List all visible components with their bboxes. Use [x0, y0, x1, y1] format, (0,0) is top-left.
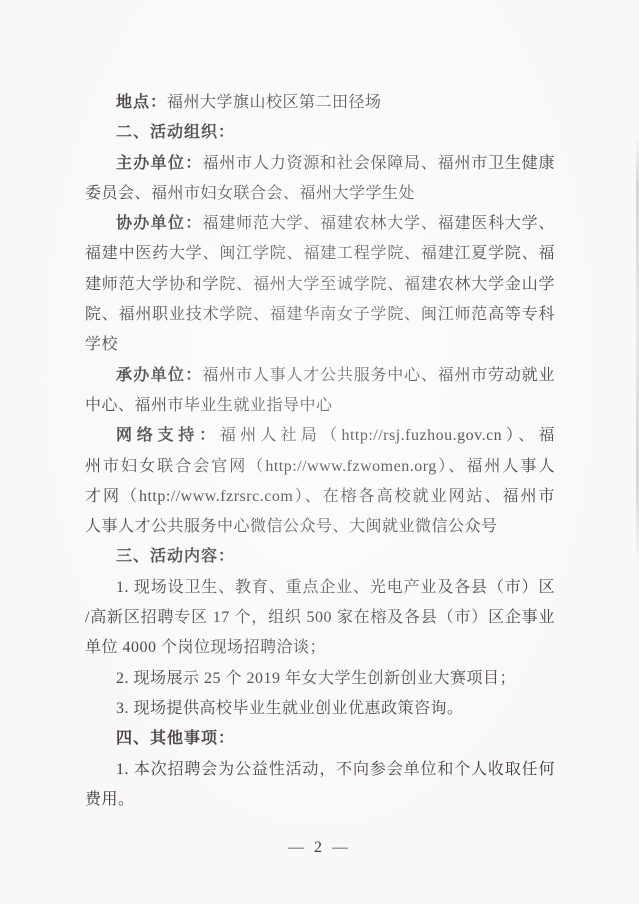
text-line: 网络支持：福州人社局（http://rsj.fuzhou.gov.cn）、福 [85, 421, 555, 451]
text-line: 1. 现场设卫生、教育、重点企业、光电产业及各县（市）区 [85, 573, 555, 603]
line-label: 四、其他事项： [116, 730, 235, 747]
text-line: 2. 现场展示 25 个 2019 年女大学生创新创业大赛项目； [85, 664, 555, 694]
line-label: 二、活动组织： [116, 124, 235, 141]
text-line: 三、活动内容： [85, 542, 555, 572]
text-line: 州市妇女联合会官网（http://www.fzwomen.org）、福州人事人 [85, 452, 555, 482]
text-line: 承办单位：福州市人事人才公共服务中心、福州市劳动就业 [85, 361, 555, 391]
text-line: 二、活动组织： [85, 118, 555, 148]
text-line: 福建中医药大学、闽江学院、福建工程学院、福建江夏学院、福 [85, 239, 555, 269]
text-line: 单位 4000 个岗位现场招聘洽谈； [85, 633, 555, 663]
text-line: 人事人才公共服务中心微信公众号、大闽就业微信公众号 [85, 512, 555, 542]
document-text: 地点：福州大学旗山校区第二田径场二、活动组织：主办单位：福州市人力资源和社会保障… [85, 88, 555, 815]
text-line: 中心、福州市毕业生就业指导中心 [85, 391, 555, 421]
line-label: 三、活动内容： [116, 548, 235, 565]
page-number: — 2 — [0, 839, 639, 857]
text-line: 主办单位：福州市人力资源和社会保障局、福州市卫生健康 [85, 149, 555, 179]
line-label: 网络支持： [116, 427, 220, 444]
text-line: 院、福州职业技术学院、福建华南女子学院、闽江师范高等专科 [85, 300, 555, 330]
line-label: 主办单位： [116, 155, 203, 172]
line-label: 地点： [116, 94, 167, 111]
document-page: 地点：福州大学旗山校区第二田径场二、活动组织：主办单位：福州市人力资源和社会保障… [0, 0, 639, 904]
text-line: 1. 本次招聘会为公益性活动，不向参会单位和个人收取任何 [85, 755, 555, 785]
text-line: 3. 现场提供高校毕业生就业创业优惠政策咨询。 [85, 694, 555, 724]
text-line: 协办单位：福建师范大学、福建农林大学、福建医科大学、 [85, 209, 555, 239]
text-line: 建师范大学协和学院、福州大学至诚学院、福建农林大学金山学 [85, 270, 555, 300]
text-line: 委员会、福州市妇女联合会、福州大学学生处 [85, 179, 555, 209]
text-line: 费用。 [85, 785, 555, 815]
text-line: 四、其他事项： [85, 724, 555, 754]
text-line: 才网（http://www.fzrsrc.com）、在榕各高校就业网站、福州市 [85, 482, 555, 512]
text-line: /高新区招聘专区 17 个，组织 500 家在榕及各县（市）区企事业 [85, 603, 555, 633]
text-line: 地点：福州大学旗山校区第二田径场 [85, 88, 555, 118]
line-label: 承办单位： [116, 367, 203, 384]
line-label: 协办单位： [116, 215, 203, 232]
text-line: 学校 [85, 330, 555, 360]
